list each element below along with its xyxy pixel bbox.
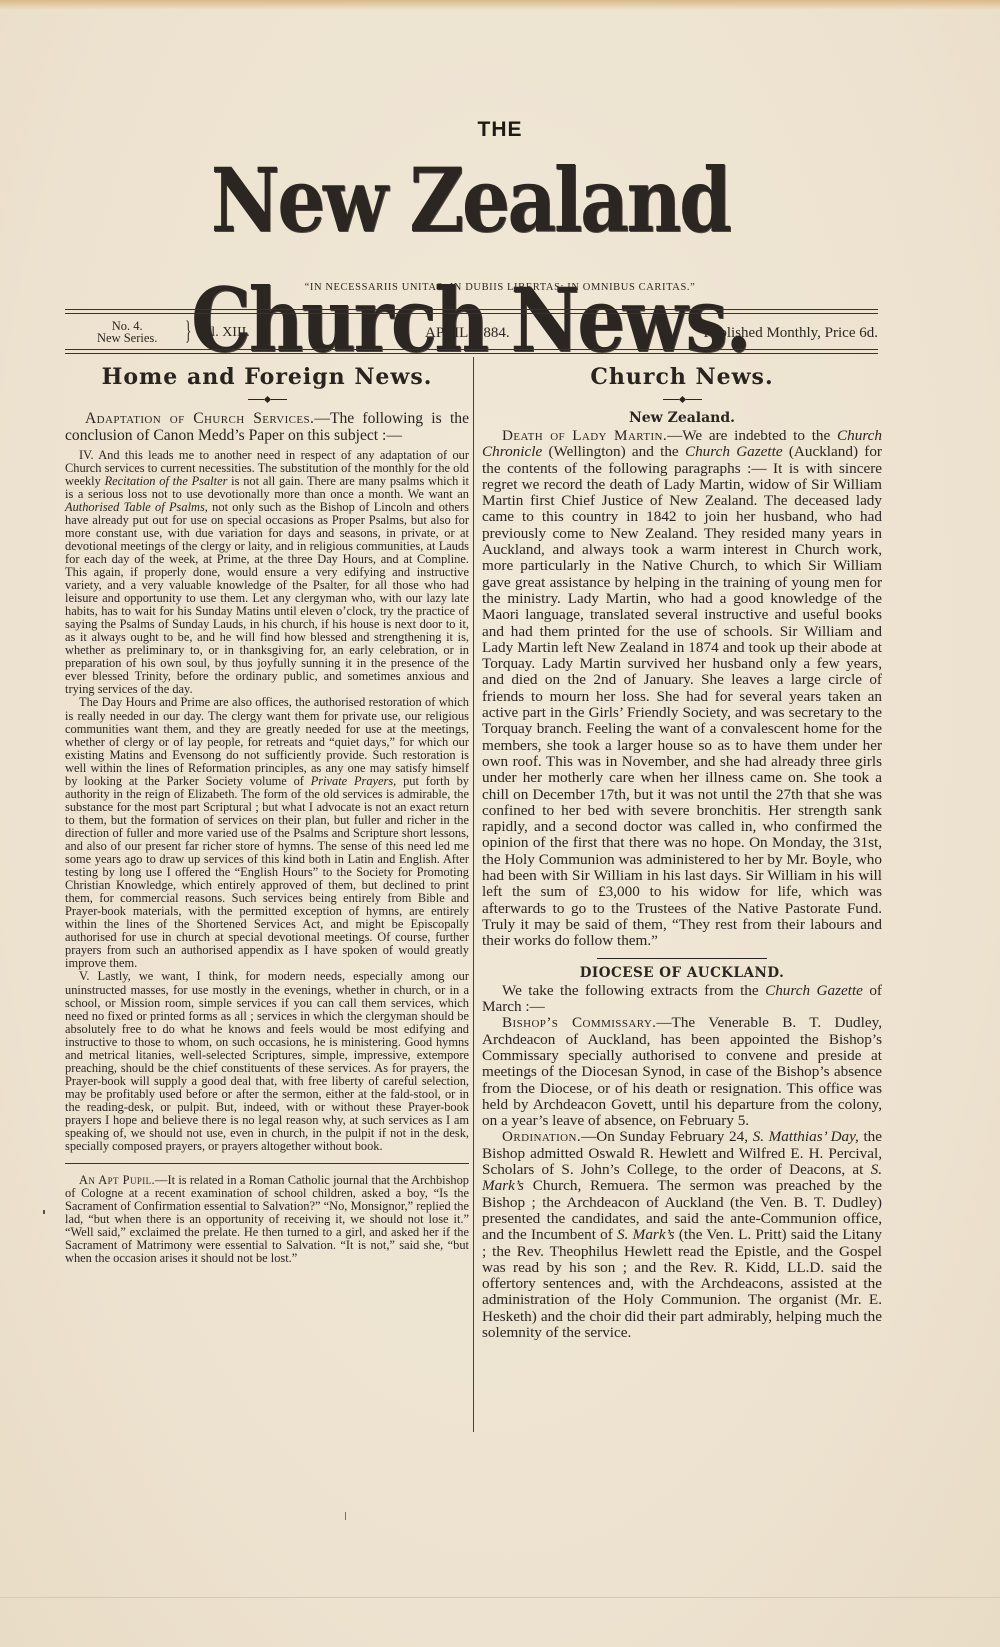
text-run: (Wellington) and the: [542, 443, 685, 460]
margin-mark: [43, 1210, 45, 1214]
article-title: An Apt Pupil.: [79, 1173, 155, 1187]
left-column: Home and Foreign News. Adaptation of Chu…: [65, 360, 469, 1265]
newspaper-page: THE New Zealand Church News. “IN NECESSA…: [0, 0, 1000, 1647]
intro-extracts: We take the following extracts from the …: [482, 983, 882, 1016]
issue-series: New Series.: [97, 332, 157, 344]
ornament-icon: [65, 392, 469, 406]
article-title: Bishop’s Commissary.: [502, 1014, 656, 1031]
right-column: Church News. New Zealand. Death of Lady …: [482, 360, 882, 1341]
text-run: We take the following extracts from the: [502, 982, 765, 999]
issue-info-bar: No. 4. New Series. } Vol. XIII. APRIL, 1…: [65, 318, 878, 348]
stray-mark: [345, 1512, 346, 1520]
article-lead-adaptation: Adaptation of Church Services.—The follo…: [65, 410, 469, 445]
italic-title: S. Mark’s: [617, 1226, 675, 1243]
article-ordination: Ordination.—On Sunday February 24, S. Ma…: [482, 1129, 882, 1341]
paper-stain: [0, 0, 1000, 10]
article-title: Adaptation of Church Services.: [85, 410, 314, 427]
italic-title: Private Prayers,: [311, 774, 397, 788]
article-separator: [65, 1163, 469, 1164]
paragraph-v: V. Lastly, we want, I think, for modern …: [65, 970, 469, 1153]
masthead-title: New Zealand Church News.: [117, 140, 822, 260]
article-apt-pupil: An Apt Pupil.—It is related in a Roman C…: [65, 1174, 469, 1265]
italic-title: S. Matthias’ Day,: [753, 1128, 859, 1145]
ornament-icon: [482, 392, 882, 406]
italic-title: Recitation of the Psalter: [105, 474, 228, 488]
subheading-new-zealand: New Zealand.: [482, 410, 882, 426]
text-run: —On Sunday February 24,: [581, 1128, 753, 1145]
article-lady-martin: Death of Lady Martin.—We are indebted to…: [482, 428, 882, 950]
text-run: (Auckland) for the contents of the follo…: [482, 443, 882, 949]
article-title: Ordination.: [502, 1128, 581, 1145]
italic-title: Authorised Table of Psalms,: [65, 500, 208, 514]
issue-number-block: No. 4. New Series.: [97, 320, 157, 344]
brace-icon: }: [185, 318, 191, 344]
text-run: —We are indebted to the: [667, 427, 837, 444]
masthead-rule-top: [65, 309, 878, 314]
section-heading-home-foreign: Home and Foreign News.: [65, 364, 469, 390]
paragraph-day-hours: The Day Hours and Prime are also offices…: [65, 696, 469, 970]
issue-volume: Vol. XIII.: [196, 325, 250, 341]
issue-date: APRIL, 1884.: [425, 325, 510, 342]
heading-diocese-auckland: DIOCESE OF AUCKLAND.: [482, 965, 882, 981]
masthead-rule-bottom: [65, 349, 878, 354]
masthead-motto: “IN NECESSARIIS UNITAS; IN DUBIIS LIBERT…: [0, 282, 1000, 293]
italic-title: Church Gazette: [685, 443, 783, 460]
article-body: —It is related in a Roman Catholic journ…: [65, 1173, 469, 1265]
paragraph-iv: IV. And this leads me to another need in…: [65, 449, 469, 697]
issue-price: Published Monthly, Price 6d.: [704, 325, 878, 342]
section-separator: [597, 958, 767, 959]
text-run: (the Ven. L. Pritt) said the Litany ; th…: [482, 1226, 882, 1341]
masthead-the: THE: [0, 118, 1000, 142]
page-bottom-edge: [0, 1597, 1000, 1598]
text-run: not only such as the Bishop of Lincoln a…: [65, 500, 469, 697]
article-title: Death of Lady Martin.: [502, 427, 667, 444]
article-body: —The Venerable B. T. Dudley, Archdeacon …: [482, 1014, 882, 1129]
column-divider: [473, 357, 474, 1432]
text-run: put forth by authority in the reign of E…: [65, 774, 469, 971]
article-bishops-commissary: Bishop’s Commissary.—The Venerable B. T.…: [482, 1015, 882, 1129]
italic-title: Church Gazette: [765, 982, 863, 999]
section-heading-church-news: Church News.: [482, 364, 882, 390]
